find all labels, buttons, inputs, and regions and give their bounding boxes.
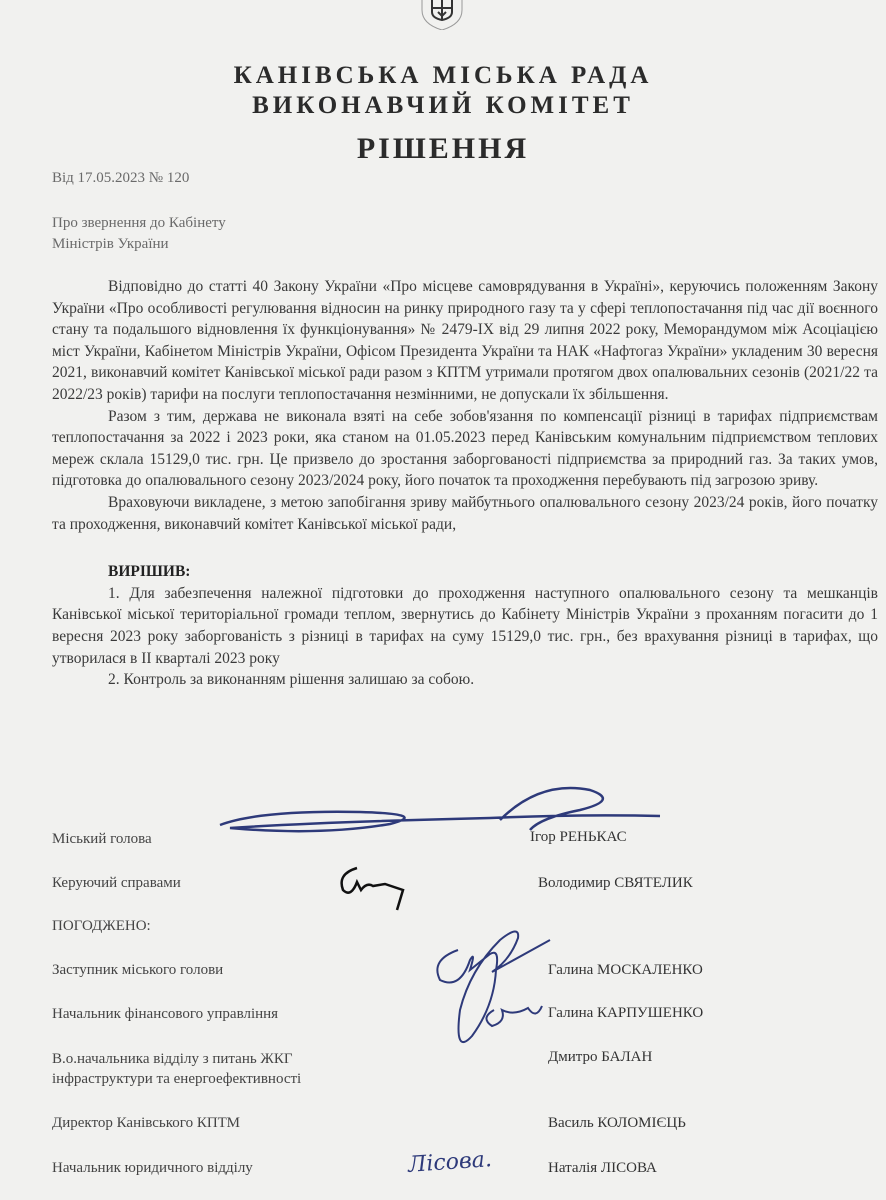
mayor-signature-icon (200, 780, 700, 840)
approval-position-legal-head: Начальник юридичного відділу (52, 1160, 253, 1177)
approval-position-housing-head: В.о.начальника відділу з питань ЖКГ інфр… (52, 1049, 301, 1089)
paragraph-legal-basis: Відповідно до статті 40 Закону України «… (52, 276, 878, 406)
signature-name-manager: Володимир СВЯТЕЛИК (538, 875, 693, 892)
approval-name-deputy-mayor: Галина МОСКАЛЕНКО (548, 962, 703, 979)
deputy-mayor-signature-icon (410, 910, 570, 1055)
manager-signature-icon (335, 860, 425, 915)
paragraph-debt: Разом з тим, держава не виконала взяті н… (52, 406, 878, 492)
decision-body: Відповідно до статті 40 Закону України «… (52, 276, 878, 691)
document-page: КАНІВСЬКА МІСЬКА РАДА ВИКОНАВЧИЙ КОМІТЕТ… (0, 0, 886, 1200)
legal-head-signature: Лісова. (407, 1147, 492, 1178)
coat-of-arms-icon (418, 0, 466, 30)
signature-position-manager: Керуючий справами (52, 875, 181, 892)
decision-subject: Про звернення до Кабінету Міністрів Укра… (52, 213, 226, 255)
paragraph-considering: Враховуючи викладене, з метою запобіганн… (52, 492, 878, 535)
resolved-label: ВИРІШИВ: (52, 561, 878, 583)
council-name: КАНІВСЬКА МІСЬКА РАДА (0, 62, 886, 90)
approval-position-housing-line-1: В.о.начальника відділу з питань ЖКГ (52, 1049, 301, 1069)
decision-date-number: Від 17.05.2023 № 120 (52, 170, 189, 187)
subject-line-2: Міністрів України (52, 234, 226, 255)
document-type-title: РІШЕННЯ (0, 132, 886, 166)
approval-position-kptm-director: Директор Канівського КПТМ (52, 1115, 240, 1132)
approval-position-deputy-mayor: Заступник міського голови (52, 962, 223, 979)
approval-name-housing-head: Дмитро БАЛАН (548, 1049, 652, 1066)
signature-position-mayor: Міський голова (52, 831, 152, 848)
approval-position-finance-head: Начальник фінансового управління (52, 1006, 278, 1023)
resolution-item-2: 2. Контроль за виконанням рішення залиша… (52, 669, 878, 691)
approval-position-housing-line-2: інфраструктури та енергоефективності (52, 1069, 301, 1089)
approval-name-kptm-director: Василь КОЛОМІЄЦЬ (548, 1115, 686, 1132)
subject-line-1: Про звернення до Кабінету (52, 213, 226, 234)
committee-name: ВИКОНАВЧИЙ КОМІТЕТ (0, 92, 886, 120)
approved-label: ПОГОДЖЕНО: (52, 918, 151, 935)
approval-name-legal-head: Наталія ЛІСОВА (548, 1160, 657, 1177)
resolution-item-1: 1. Для забезпечення належної підготовки … (52, 583, 878, 669)
approval-name-finance-head: Галина КАРПУШЕНКО (548, 1005, 703, 1022)
